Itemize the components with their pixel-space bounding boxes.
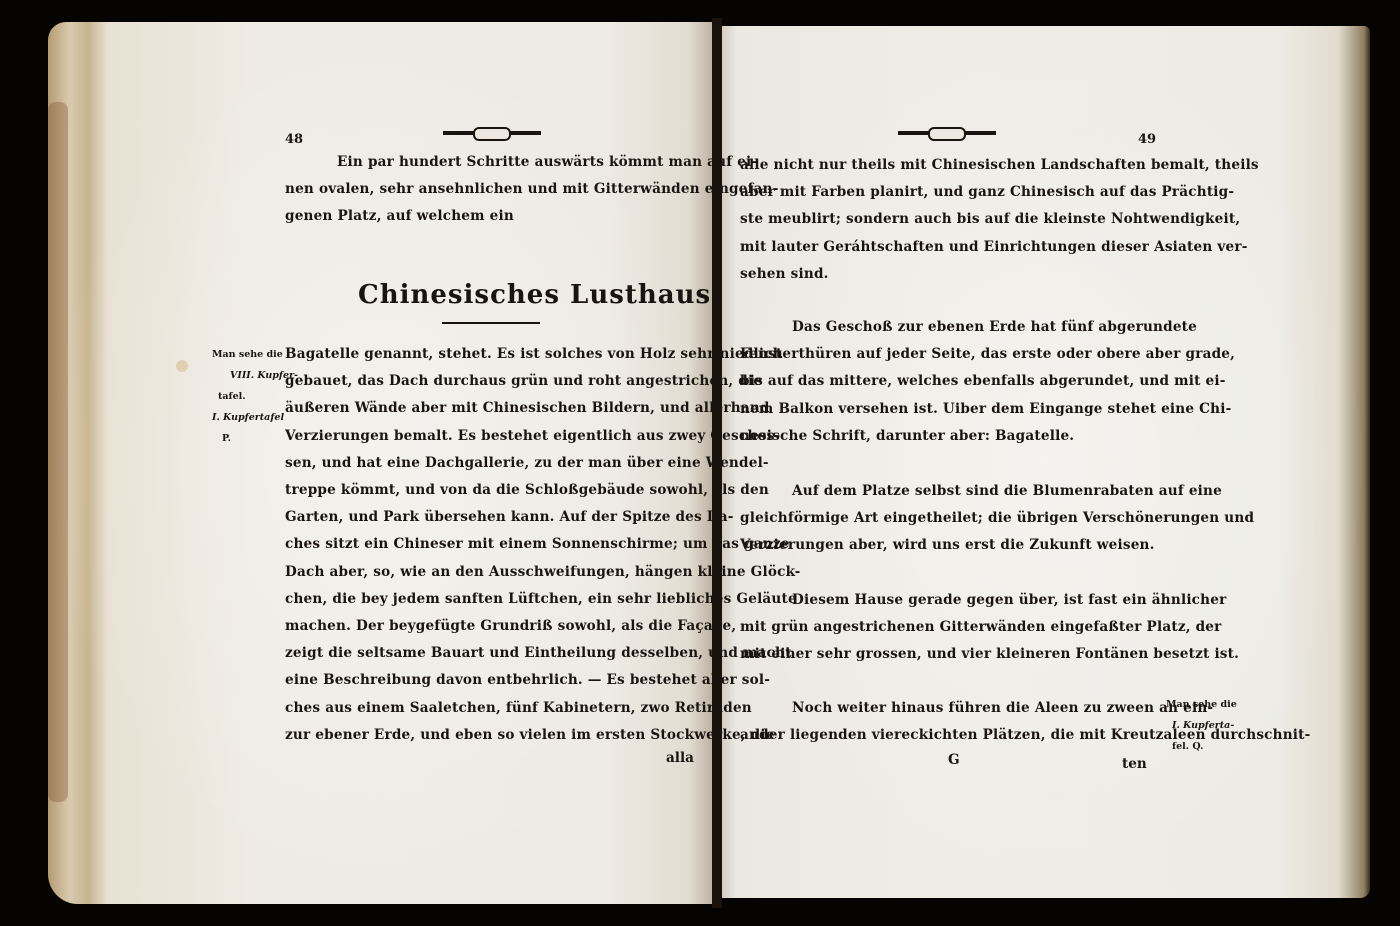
catchword-left: alla — [666, 750, 694, 766]
text-line: nen ovalen, sehr ansehnlichen und mit Gi… — [285, 176, 705, 203]
text-line: mit lauter Geráhtschaften und Einrichtun… — [740, 234, 1156, 261]
text-line: ste meublirt; sondern auch bis auf die k… — [740, 206, 1156, 233]
text-line: Verzierungen bemalt. Es bestehet eigentl… — [285, 423, 705, 450]
text-line: mit einer sehr grossen, und vier kleiner… — [740, 641, 1156, 668]
right-paragraph-1: alle nicht nur theils mit Chinesischen L… — [740, 152, 1156, 288]
page-edge-stain — [48, 102, 68, 802]
margin-note-line: I. Kupferta- — [1166, 715, 1237, 736]
text-line: Verzierungen aber, wird uns erst die Zuk… — [740, 532, 1156, 559]
text-line: Ein par hundert Schritte auswärts kömmt … — [285, 149, 705, 176]
text-line: genen Platz, auf welchem ein — [285, 203, 705, 230]
text-line: nesische Schrift, darunter aber: Bagatel… — [740, 423, 1156, 450]
text-line: Fensterthüren auf jeder Seite, das erste… — [740, 341, 1156, 368]
text-line: sen, und hat eine Dachgallerie, zu der m… — [285, 450, 705, 477]
margin-note-right: Man sehe die I. Kupferta- fel. Q. — [1166, 694, 1237, 757]
foxing-spot — [176, 360, 188, 372]
text-line: Bagatelle genannt, stehet. Es ist solche… — [285, 341, 705, 368]
text-line: Dach aber, so, wie an den Ausschweifunge… — [285, 559, 705, 586]
text-line: gleichförmige Art eingetheilet; die übri… — [740, 505, 1156, 532]
text-line: zeigt die seltsame Bauart und Eintheilun… — [285, 640, 705, 667]
text-line: ander liegenden viereckichten Plätzen, d… — [740, 722, 1156, 749]
heading-rule — [442, 322, 540, 324]
left-paragraph-1: Ein par hundert Schritte auswärts kömmt … — [285, 149, 705, 231]
margin-note-line: fel. Q. — [1166, 736, 1237, 757]
text-line: eine Beschreibung davon entbehrlich. — E… — [285, 667, 705, 694]
margin-note-line: Man sehe die — [1166, 694, 1237, 715]
header-ornament-left — [443, 131, 541, 135]
text-line: aber mit Farben planirt, und ganz Chines… — [740, 179, 1156, 206]
text-line: chen, die bey jedem sanften Lüftchen, ei… — [285, 586, 705, 613]
text-line: nem Balkon versehen ist. Uiber dem Einga… — [740, 396, 1156, 423]
text-line: ches sitzt ein Chineser mit einem Sonnen… — [285, 531, 705, 558]
text-line: mit grün angestrichenen Gitterwänden ein… — [740, 614, 1156, 641]
page-number-left: 48 — [285, 132, 303, 147]
text-line: treppe kömmt, und von da die Schloßgebäu… — [285, 477, 705, 504]
text-line: gebauet, das Dach durchaus grün und roht… — [285, 368, 705, 395]
text-line: sehen sind. — [740, 261, 1156, 288]
right-paragraph-5: Noch weiter hinaus führen die Aleen zu z… — [740, 695, 1156, 749]
text-line: Auf dem Platze selbst sind die Blumenrab… — [740, 478, 1156, 505]
book-spread: 48 Ein par hundert Schritte auswärts köm… — [0, 0, 1400, 926]
text-line: alle nicht nur theils mit Chinesischen L… — [740, 152, 1156, 179]
right-paragraph-3: Auf dem Platze selbst sind die Blumenrab… — [740, 478, 1156, 560]
text-line: Diesem Hause gerade gegen über, ist fast… — [740, 587, 1156, 614]
right-paragraph-4: Diesem Hause gerade gegen über, ist fast… — [740, 587, 1156, 669]
text-line: ches aus einem Saaletchen, fünf Kabinete… — [285, 695, 705, 722]
left-paragraph-2: Bagatelle genannt, stehet. Es ist solche… — [285, 341, 705, 749]
text-line: äußeren Wände aber mit Chinesischen Bild… — [285, 395, 705, 422]
page-number-right: 49 — [1138, 132, 1156, 147]
ornament-icon — [928, 127, 966, 141]
text-line: Noch weiter hinaus führen die Aleen zu z… — [740, 695, 1156, 722]
ornament-icon — [473, 127, 511, 141]
signature-mark: G — [948, 752, 960, 768]
text-line: machen. Der beygefügte Grundriß sowohl, … — [285, 613, 705, 640]
header-ornament-right — [898, 131, 996, 135]
right-paragraph-2: Das Geschoß zur ebenen Erde hat fünf abg… — [740, 314, 1156, 450]
chapter-heading: Chinesisches Lusthaus — [358, 280, 711, 310]
text-line: zur ebener Erde, und eben so vielen im e… — [285, 722, 705, 749]
text-line: Garten, und Park übersehen kann. Auf der… — [285, 504, 705, 531]
text-line: Das Geschoß zur ebenen Erde hat fünf abg… — [740, 314, 1156, 341]
catchword-right: ten — [1122, 756, 1147, 772]
text-line: bis auf das mittere, welches ebenfalls a… — [740, 368, 1156, 395]
